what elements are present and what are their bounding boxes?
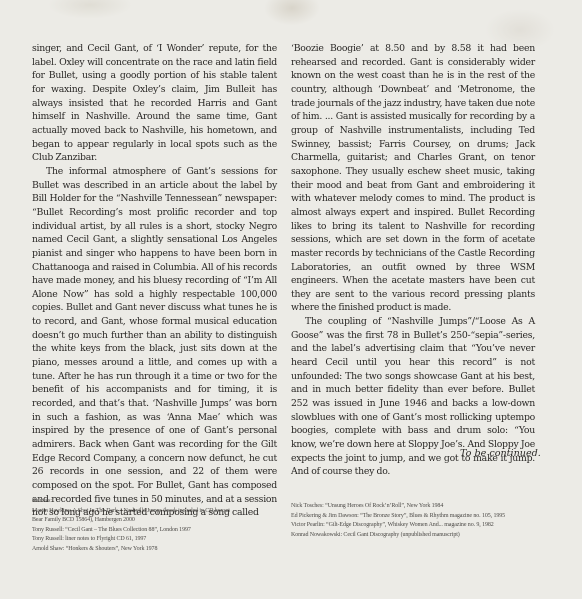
paragraph: ‘Boozie Boogie’ at 8.50 and by 8.58 it h… [291, 42, 535, 315]
source-entry: Nick Tosches: “Unsung Heroes Of Rock’n’R… [291, 502, 571, 512]
to-be-continued-note: To be continued. [460, 448, 541, 459]
sources-list-right: Nick Tosches: “Unsung Heroes Of Rock’n’R… [291, 502, 571, 540]
source-entry: Martin Hawkins: A Shot In The Dark – Nas… [32, 507, 292, 517]
article-left-column: singer, and Cecil Gant, of ‘I Wonder’ re… [32, 42, 277, 520]
source-entry: Bear Family BCD 15864), Hambergen 2000 [32, 516, 292, 526]
source-entry: Tony Russell: “Cecil Gant – The Blues Co… [32, 526, 292, 536]
source-entry: Victor Pearlin: “Gilt-Edge Discography”,… [291, 521, 571, 531]
source-entry: Ed Pickering & Jim Dawson: “The Bronze S… [291, 512, 571, 522]
source-entry: Arnold Shaw: “Honkers & Shouters”, New Y… [32, 545, 292, 555]
article-right-column: ‘Boozie Boogie’ at 8.50 and by 8.58 it h… [291, 42, 535, 479]
paragraph: The informal atmosphere of Gant’s sessio… [32, 165, 277, 520]
source-entry: Tony Russell: liner notes to Flyright CD… [32, 535, 292, 545]
sources-heading: Sources: [32, 497, 292, 507]
paragraph: singer, and Cecil Gant, of ‘I Wonder’ re… [32, 42, 277, 165]
sources-list-left: Sources: Martin Hawkins: A Shot In The D… [32, 497, 292, 555]
source-entry: Konrad Nowakowski: Cecil Gant Discograph… [291, 531, 571, 541]
